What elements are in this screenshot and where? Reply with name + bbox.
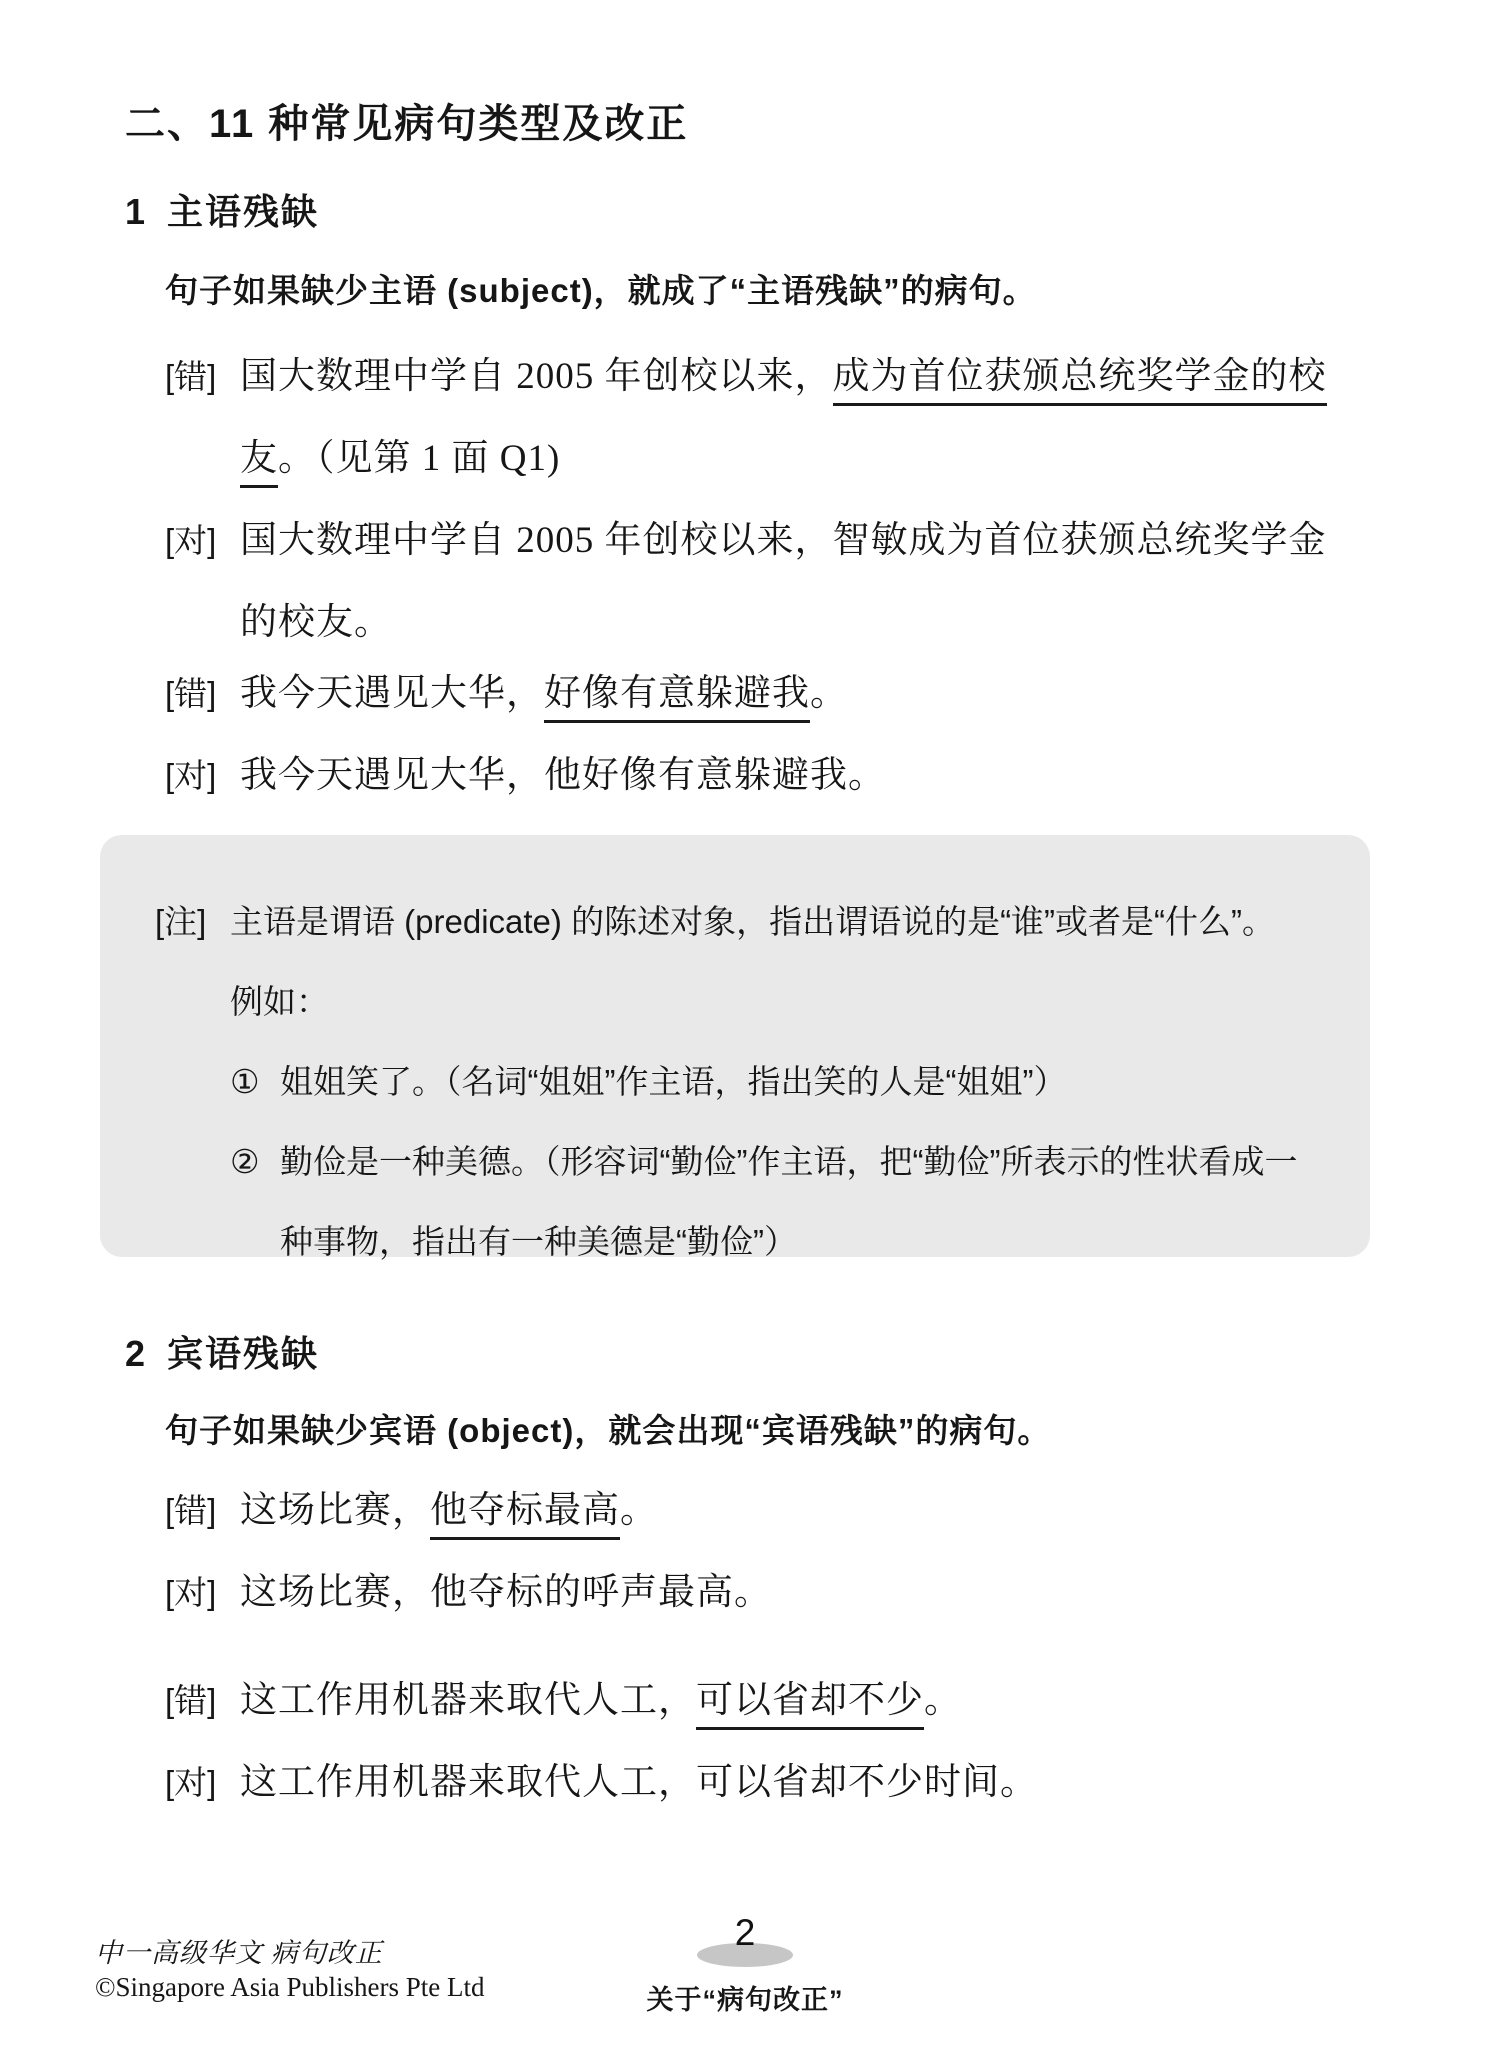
sentence-text: 国大数理中学自 2005 年创校以来，智敏成为首位获颁总统奖学金的校友。 bbox=[240, 500, 1340, 664]
correct-example: [对] 这场比赛，他夺标的呼声最高。 bbox=[165, 1552, 772, 1634]
wrong-example: [错] 这场比赛，他夺标最高。 bbox=[165, 1470, 772, 1552]
wrong-example: [错] 这工作用机器来取代人工，可以省却不少。 bbox=[165, 1660, 1038, 1742]
correct-label: [对] bbox=[165, 1742, 240, 1824]
sentence-pre: 我今天遇见大华，他好像有意躲避我。 bbox=[240, 755, 886, 796]
correct-example: [对] 这工作用机器来取代人工，可以省却不少时间。 bbox=[165, 1742, 1038, 1824]
section-2-heading: 2 宾语残缺 bbox=[125, 1332, 319, 1375]
note-main: [注] 主语是谓语 (predicate) 的陈述对象，指出谓语说的是“谁”或者… bbox=[155, 882, 1350, 962]
section-2-title: 宾语残缺 bbox=[167, 1332, 319, 1375]
example-pair: [错] 这工作用机器来取代人工，可以省却不少。 [对] 这工作用机器来取代人工，… bbox=[165, 1660, 1038, 1824]
sentence-text: 这工作用机器来取代人工，可以省却不少。 bbox=[240, 1660, 962, 1742]
sentence-pre: 国大数理中学自 2005 年创校以来，智敏成为首位获颁总统奖学金的校友。 bbox=[240, 520, 1327, 643]
underlined-phrase: 可以省却不少 bbox=[696, 1680, 924, 1730]
sentence-post: 。 bbox=[924, 1680, 962, 1721]
note-example-intro: 例如： bbox=[155, 962, 1350, 1042]
note-box: [注] 主语是谓语 (predicate) 的陈述对象，指出谓语说的是“谁”或者… bbox=[100, 835, 1370, 1257]
correct-label: [对] bbox=[165, 735, 240, 817]
example-pair: [错] 我今天遇见大华，好像有意躲避我。 [对] 我今天遇见大华，他好像有意躲避… bbox=[165, 653, 886, 817]
sentence-post: 。 bbox=[810, 673, 848, 714]
footer-imprint: 中一高级华文 病句改正 ©Singapore Asia Publishers P… bbox=[95, 1936, 485, 2004]
note-item: ① 姐姐笑了。（名词“姐姐”作主语，指出笑的人是“姐姐”） bbox=[155, 1042, 1350, 1122]
note-item-text: 姐姐笑了。（名词“姐姐”作主语，指出笑的人是“姐姐”） bbox=[280, 1042, 1066, 1122]
footer-book-title: 中一高级华文 病句改正 bbox=[95, 1936, 485, 1970]
wrong-label: [错] bbox=[165, 336, 240, 418]
sentence-pre: 这工作用机器来取代人工，可以省却不少时间。 bbox=[240, 1762, 1038, 1803]
note-item: ② 勤俭是一种美德。（形容词“勤俭”作主语，把“勤俭”所表示的性状看成一种事物，… bbox=[155, 1122, 1350, 1282]
sentence-text: 我今天遇见大华，好像有意躲避我。 bbox=[240, 653, 848, 735]
section-2-number: 2 bbox=[125, 1332, 167, 1375]
circled-1-marker: ① bbox=[230, 1042, 280, 1122]
correct-label: [对] bbox=[165, 1552, 240, 1634]
underlined-phrase: 他夺标最高 bbox=[430, 1490, 620, 1540]
example-pair: [错] 国大数理中学自 2005 年创校以来，成为首位获颁总统奖学金的校友。（见… bbox=[165, 336, 1340, 664]
footer-copyright: ©Singapore Asia Publishers Pte Ltd bbox=[95, 1970, 485, 2004]
section-1-intro: 句子如果缺少主语 (subject)，就成了“主语残缺”的病句。 bbox=[165, 268, 1037, 314]
sentence-pre: 这场比赛，他夺标的呼声最高。 bbox=[240, 1572, 772, 1613]
wrong-label: [错] bbox=[165, 1470, 240, 1552]
sentence-text: 国大数理中学自 2005 年创校以来，成为首位获颁总统奖学金的校友。（见第 1 … bbox=[240, 336, 1340, 500]
correct-example: [对] 国大数理中学自 2005 年创校以来，智敏成为首位获颁总统奖学金的校友。 bbox=[165, 500, 1340, 664]
section-1-heading: 1 主语残缺 bbox=[125, 190, 319, 233]
section-1-title: 主语残缺 bbox=[167, 190, 319, 233]
footer-page-caption: 关于“病句改正” bbox=[560, 1978, 930, 2017]
note-item-text: 勤俭是一种美德。（形容词“勤俭”作主语，把“勤俭”所表示的性状看成一种事物，指出… bbox=[280, 1122, 1320, 1282]
sentence-text: 这工作用机器来取代人工，可以省却不少时间。 bbox=[240, 1742, 1038, 1824]
correct-label: [对] bbox=[165, 500, 240, 582]
sentence-pre: 这工作用机器来取代人工， bbox=[240, 1680, 696, 1721]
sentence-pre: 这场比赛， bbox=[240, 1490, 430, 1531]
page-title: 二、11 种常见病句类型及改正 bbox=[125, 100, 688, 148]
sentence-pre: 国大数理中学自 2005 年创校以来， bbox=[240, 356, 833, 397]
underlined-phrase: 好像有意躲避我 bbox=[544, 673, 810, 723]
section-2-intro: 句子如果缺少宾语 (object)，就会出现“宾语残缺”的病句。 bbox=[165, 1408, 1051, 1454]
sentence-post: 。（见第 1 面 Q1) bbox=[278, 438, 560, 479]
wrong-example: [错] 国大数理中学自 2005 年创校以来，成为首位获颁总统奖学金的校友。（见… bbox=[165, 336, 1340, 500]
circled-2-marker: ② bbox=[230, 1122, 280, 1282]
wrong-example: [错] 我今天遇见大华，好像有意躲避我。 bbox=[165, 653, 886, 735]
sentence-pre: 我今天遇见大华， bbox=[240, 673, 544, 714]
page-number: 2 bbox=[697, 1913, 793, 1954]
wrong-label: [错] bbox=[165, 1660, 240, 1742]
section-1-number: 1 bbox=[125, 190, 167, 233]
wrong-label: [错] bbox=[165, 653, 240, 735]
sentence-text: 我今天遇见大华，他好像有意躲避我。 bbox=[240, 735, 886, 817]
note-text: 主语是谓语 (predicate) 的陈述对象，指出谓语说的是“谁”或者是“什么… bbox=[230, 882, 1350, 962]
sentence-post: 。 bbox=[620, 1490, 658, 1531]
note-label: [注] bbox=[155, 882, 230, 962]
sentence-text: 这场比赛，他夺标最高。 bbox=[240, 1470, 658, 1552]
correct-example: [对] 我今天遇见大华，他好像有意躲避我。 bbox=[165, 735, 886, 817]
sentence-text: 这场比赛，他夺标的呼声最高。 bbox=[240, 1552, 772, 1634]
example-pair: [错] 这场比赛，他夺标最高。 [对] 这场比赛，他夺标的呼声最高。 bbox=[165, 1470, 772, 1634]
